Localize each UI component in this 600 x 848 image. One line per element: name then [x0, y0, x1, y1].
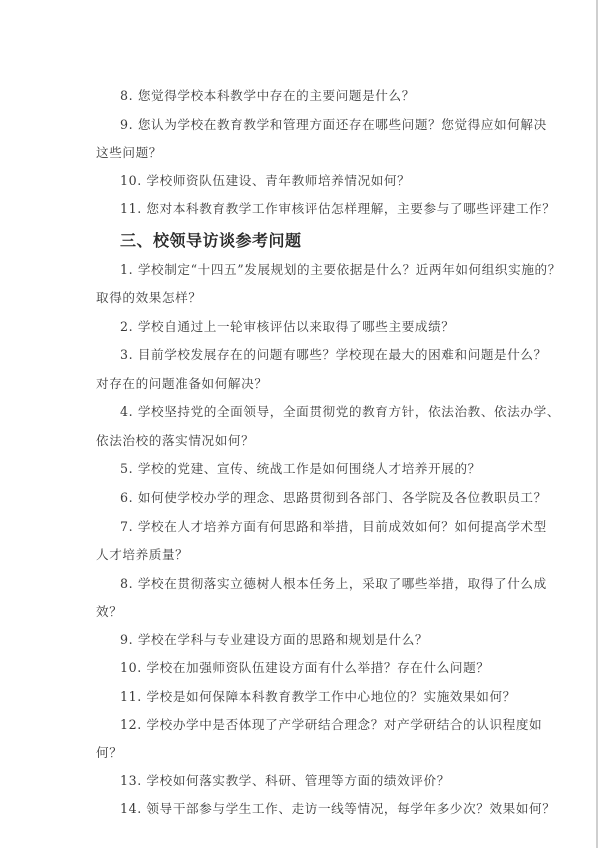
question-line-continuation: 效？	[96, 604, 516, 620]
question-line: 9. 学校在学科与专业建设方面的思路和规划是什么？	[120, 632, 516, 648]
question-line-continuation: 这些问题？	[96, 145, 516, 161]
question-line: 3. 目前学校发展存在的问题有哪些？学校现在最大的困难和问题是什么？	[120, 347, 516, 363]
question-line-continuation: 依法治校的落实情况如何？	[96, 433, 516, 449]
question-line: 9. 您认为学校在教育教学和管理方面还存在哪些问题？您觉得应如何解决	[120, 117, 516, 133]
page-edge	[596, 0, 598, 848]
question-line: 11. 您对本科教育教学工作审核评估怎样理解，主要参与了哪些评建工作？	[120, 201, 516, 217]
question-line: 1. 学校制定“十四五”发展规划的主要依据是什么？近两年如何组织实施的？	[120, 262, 516, 278]
question-line: 2. 学校自通过上一轮审核评估以来取得了哪些主要成绩？	[120, 319, 516, 335]
question-line: 8. 学校在贯彻落实立德树人根本任务上，采取了哪些举措，取得了什么成	[120, 576, 516, 592]
question-line: 5. 学校的党建、宣传、统战工作是如何围绕人才培养开展的？	[120, 461, 516, 477]
question-line: 12. 学校办学中是否体现了产学研结合理念？对产学研结合的认识程度如	[120, 717, 516, 733]
question-line: 10. 学校师资队伍建设、青年教师培养情况如何？	[120, 173, 516, 189]
section-heading: 三、校领导访谈参考问题	[120, 231, 302, 251]
question-line: 4. 学校坚持党的全面领导，全面贯彻党的教育方针，依法治教、依法办学、	[120, 404, 516, 420]
question-line: 13. 学校如何落实教学、科研、管理等方面的绩效评价？	[120, 773, 516, 789]
question-line: 6. 如何使学校办学的理念、思路贯彻到各部门、各学院及各位教职员工？	[120, 490, 516, 506]
question-line: 10. 学校在加强师资队伍建设方面有什么举措？存在什么问题？	[120, 660, 516, 676]
question-line-continuation: 何？	[96, 745, 516, 761]
question-line: 8. 您觉得学校本科教学中存在的主要问题是什么？	[120, 88, 516, 104]
question-line: 7. 学校在人才培养方面有何思路和举措，目前成效如何？如何提高学术型	[120, 519, 516, 535]
question-line-continuation: 取得的效果怎样？	[96, 290, 516, 306]
question-line: 11. 学校是如何保障本科教育教学工作中心地位的？实施效果如何？	[120, 689, 516, 705]
question-line-continuation: 对存在的问题准备如何解决？	[96, 376, 516, 392]
question-line: 14. 领导干部参与学生工作、走访一线等情况，每学年多少次？效果如何？	[120, 801, 516, 817]
question-line-continuation: 人才培养质量？	[96, 547, 516, 563]
